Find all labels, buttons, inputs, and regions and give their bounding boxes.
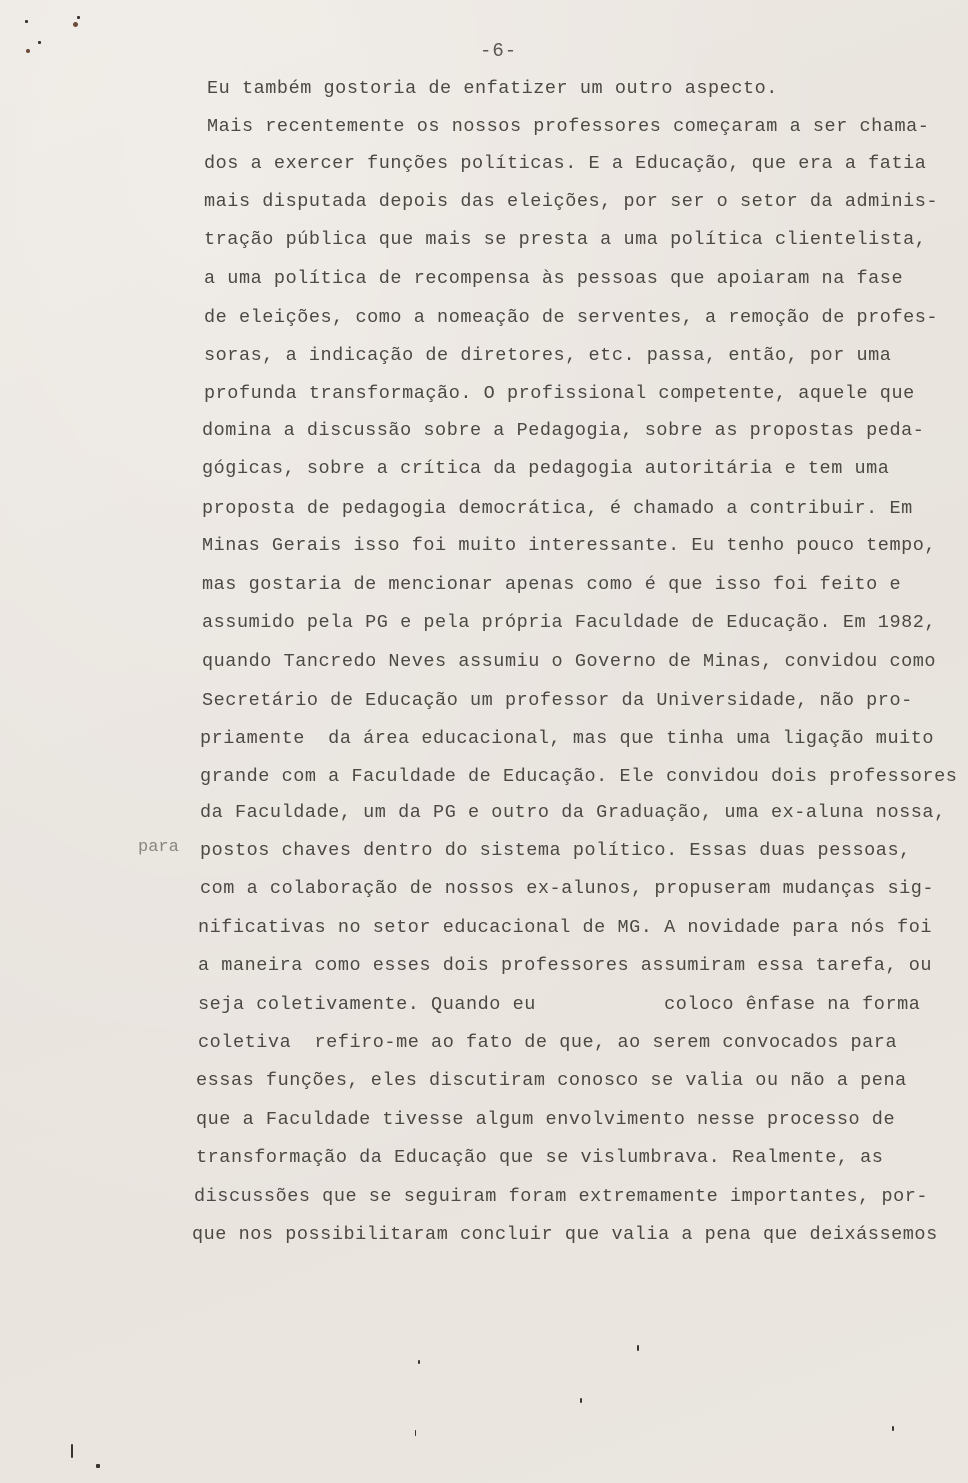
text-line: soras, a indicação de diretores, etc. pa… bbox=[204, 345, 891, 366]
text-line: discussões que se seguiram foram extrema… bbox=[194, 1186, 928, 1207]
text-line: de eleições, como a nomeação de servente… bbox=[204, 307, 938, 328]
text-line: a uma política de recompensa às pessoas … bbox=[204, 268, 903, 289]
speck bbox=[637, 1345, 639, 1351]
text-line: domina a discussão sobre a Pedagogia, so… bbox=[202, 420, 924, 441]
speck bbox=[580, 1398, 582, 1403]
text-line: essas funções, eles discutiram conosco s… bbox=[196, 1070, 907, 1091]
text-line: gógicas, sobre a crítica da pedagogia au… bbox=[202, 458, 889, 479]
speck bbox=[415, 1430, 416, 1436]
scanned-page: -6- Eu também gostoria de enfatizer um o… bbox=[0, 0, 968, 1483]
speck bbox=[892, 1426, 894, 1431]
text-line: da Faculdade, um da PG e outro da Gradua… bbox=[200, 802, 946, 823]
text-line: profunda transformação. O profissional c… bbox=[204, 383, 915, 404]
text-line: mais disputada depois das eleições, por … bbox=[204, 191, 938, 212]
speck bbox=[71, 1444, 73, 1458]
text-line: coletiva refiro-me ao fato de que, ao se… bbox=[198, 1032, 897, 1053]
text-line: Secretário de Educação um professor da U… bbox=[202, 690, 913, 711]
speck bbox=[38, 41, 41, 44]
speck bbox=[25, 20, 28, 23]
text-line: priamente da área educacional, mas que t… bbox=[200, 728, 934, 749]
text-line: a maneira como esses dois professores as… bbox=[198, 955, 932, 976]
text-line: Mais recentemente os nossos professores … bbox=[207, 116, 929, 137]
speck bbox=[73, 22, 78, 27]
text-line: que nos possibilitaram concluir que vali… bbox=[192, 1224, 938, 1245]
text-line: com a colaboração de nossos ex-alunos, p… bbox=[200, 878, 934, 899]
text-line: tração pública que mais se presta a uma … bbox=[204, 229, 926, 250]
text-line: postos chaves dentro do sistema político… bbox=[200, 840, 911, 861]
text-line: assumido pela PG e pela própria Faculdad… bbox=[202, 612, 936, 633]
text-line: nificativas no setor educacional de MG. … bbox=[198, 917, 932, 938]
speck bbox=[26, 49, 30, 53]
speck bbox=[77, 16, 80, 19]
text-line: proposta de pedagogia democrática, é cha… bbox=[202, 498, 913, 519]
text-line: mas gostaria de mencionar apenas como é … bbox=[202, 574, 901, 595]
speck bbox=[418, 1360, 420, 1364]
text-line: seja coletivamente. Quando eu coloco ênf… bbox=[198, 994, 920, 1015]
text-line: grande com a Faculdade de Educação. Ele … bbox=[200, 766, 957, 787]
speck bbox=[96, 1464, 100, 1468]
text-line: transformação da Educação que se vislumb… bbox=[196, 1147, 883, 1168]
page-number: -6- bbox=[480, 40, 517, 62]
text-line: quando Tancredo Neves assumiu o Governo … bbox=[202, 651, 936, 672]
text-line: que a Faculdade tivesse algum envolvimen… bbox=[196, 1109, 895, 1130]
text-line: Eu também gostoria de enfatizer um outro… bbox=[207, 78, 778, 99]
text-line: Minas Gerais isso foi muito interessante… bbox=[202, 535, 936, 556]
text-line: dos a exercer funções políticas. E a Edu… bbox=[204, 153, 926, 174]
margin-note: para bbox=[138, 838, 179, 857]
